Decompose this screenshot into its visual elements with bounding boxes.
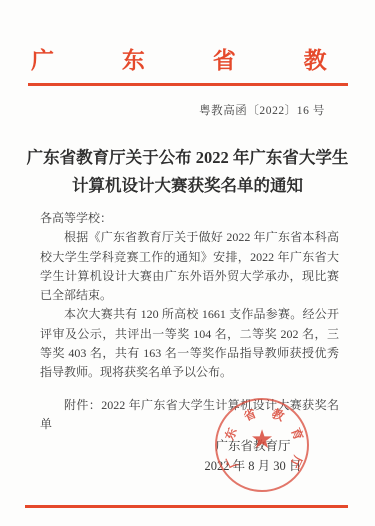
footer-red-rule (25, 505, 348, 508)
notice-title-line2: 计算机设计大赛获奖名单的通知 (18, 172, 357, 200)
letterhead-agency-name: 广 东 省 教 育 厅 (0, 42, 375, 75)
attachment-line: 附件：2022 年广东省大学生计算机设计大赛获奖名单 (40, 396, 339, 435)
signature-agency: 广东省教育厅 (177, 437, 329, 457)
notice-body: 各高等学校： 根据《广东省教育厅关于做好 2022 年广东省本科高校大学生学科竞… (40, 209, 339, 434)
letterhead-red-rule (28, 83, 348, 86)
salutation: 各高等学校： (40, 209, 339, 228)
notice-title: 广东省教育厅关于公布 2022 年广东省大学生 计算机设计大赛获奖名单的通知 (18, 144, 357, 200)
signature-date: 2022 年 8 月 30 日 (177, 457, 329, 477)
body-paragraph-1: 根据《广东省教育厅关于做好 2022 年广东省本科高校大学生学科竞赛工作的通知》… (40, 228, 339, 305)
body-paragraph-2: 本次大赛共有 120 所高校 1661 支作品参赛。经公开评审及公示，共评出一等… (40, 305, 339, 382)
notice-title-line1: 广东省教育厅关于公布 2022 年广东省大学生 (18, 144, 357, 172)
document-page: 广 东 省 教 育 厅 粤教高函〔2022〕16 号 广东省教育厅关于公布 20… (0, 0, 375, 526)
document-number: 粤教高函〔2022〕16 号 (199, 102, 325, 118)
signature-block: 广东省教育厅 2022 年 8 月 30 日 (177, 437, 329, 476)
